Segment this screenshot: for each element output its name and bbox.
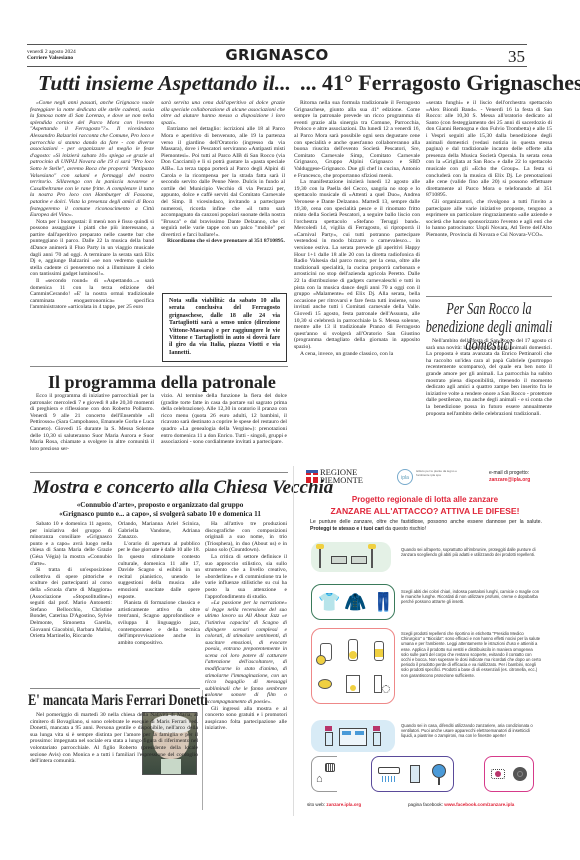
bracelet-icon bbox=[318, 679, 332, 689]
shirt-icon: 👕 bbox=[318, 591, 340, 613]
divider bbox=[426, 296, 552, 297]
house-icon: ⌂ bbox=[316, 773, 323, 785]
mostra-subtitle-line-1: «Connubio d'arte», proposto e organizzat… bbox=[30, 501, 290, 510]
obituary-headline-wrap: E' mancata Maris Ferrari Donetti bbox=[28, 691, 204, 710]
mostra-headline: Mostra e concerto alla Chiesa Vecchia bbox=[33, 476, 333, 500]
paragraph: sarà servita una cena dall'aperitivo al … bbox=[161, 100, 285, 126]
bench-icon bbox=[351, 556, 367, 564]
paragraph: Sabato 10 e domenica 11 agosto, per iniz… bbox=[30, 521, 112, 567]
fan-icon bbox=[432, 764, 446, 778]
nightstand-icon bbox=[373, 732, 381, 746]
facebook-line: pagina facebook: www.facebook.com/zanzar… bbox=[408, 802, 514, 807]
bedroom-illustration bbox=[311, 720, 395, 752]
mostra-subtitle-line-2: «Grignasco punto e... a capo», si svolge… bbox=[30, 510, 290, 519]
ipla-text: istituto per le piante da legno e l'ambi… bbox=[416, 470, 471, 477]
article-column-3: Ritorna nella sua formula tradizionale i… bbox=[294, 100, 420, 357]
tip-clothing-text: Scegli abiti dei colori chiari, indossa … bbox=[401, 589, 541, 605]
park-bench-illustration bbox=[311, 542, 391, 572]
programma-column-1: Ecco il programma di iniziative parrocch… bbox=[30, 393, 154, 452]
paragraph: «serata funghi» e il liscio dell'orchest… bbox=[426, 100, 552, 199]
page-number: 35 bbox=[508, 47, 525, 67]
piemonte-flag-icon bbox=[306, 470, 318, 483]
paragraph: Gli ingressi alla mostra e al concerto s… bbox=[205, 706, 287, 732]
ad-headline-1: Progetto regionale di lotta alle zanzare bbox=[294, 495, 556, 504]
sweater-icon: 🧥 bbox=[344, 591, 366, 613]
divider bbox=[30, 688, 200, 689]
mostra-column-2: Orlando, Marianna Ariel Scinica, Gabriel… bbox=[118, 521, 200, 646]
divider bbox=[30, 472, 288, 473]
divider bbox=[30, 366, 288, 367]
section-title: GRIGNASCO bbox=[27, 46, 527, 64]
ad-intro-bold: Proteggi te stesso e i tuoi cari bbox=[310, 526, 384, 532]
booking-note: Ricordiamo che si deve prenotare al 351 … bbox=[161, 238, 285, 245]
ad-intro: Le punture delle zanzare, oltre che fast… bbox=[310, 519, 542, 532]
article-column-4: «serata funghi» e il liscio dell'orchest… bbox=[426, 100, 552, 238]
lamp-icon bbox=[319, 546, 321, 568]
window-screen-icon bbox=[325, 763, 335, 772]
article-column-1: «Come negli anni passati, anche Grignasc… bbox=[30, 100, 154, 311]
paragraph: La critica di settore definisce il suo a… bbox=[205, 554, 287, 600]
paragraph: Orlando, Marianna Ariel Scinica, Gabriel… bbox=[118, 521, 200, 541]
email-label: e-mail di progetto: bbox=[489, 470, 530, 477]
email-link[interactable]: zanzare@ipla.org bbox=[489, 477, 530, 484]
portable-cooler-icon bbox=[410, 765, 420, 783]
mostra-column-3: Ha all'attivo tre produzioni discografic… bbox=[205, 521, 287, 732]
essential-oil-icon bbox=[374, 675, 382, 693]
email-block: e-mail di progetto: zanzare@ipla.org bbox=[489, 470, 530, 484]
ad-intro-text: Le punture delle zanzare, oltre che fast… bbox=[310, 519, 542, 525]
tip-indoor-text: Quando sei in casa, difenditi utilizzand… bbox=[401, 723, 541, 739]
diffusers-illustration bbox=[484, 756, 534, 792]
lamp-icon bbox=[371, 546, 373, 568]
programma-headline: Il programma della patronale bbox=[48, 371, 276, 393]
paragraph: vizio. Al termine della funzione la fier… bbox=[161, 393, 287, 446]
tip-repellent-text: Scegli prodotti repellenti che riportino… bbox=[401, 631, 541, 678]
paragraph: Nell'ambito della festa di San Rocco del… bbox=[426, 338, 552, 417]
san-rocco-body: Nell'ambito della festa di San Rocco del… bbox=[426, 338, 552, 417]
obituary-headline: E' mancata Maris Ferrari Donetti bbox=[28, 691, 169, 710]
trousers-icon: 👖 bbox=[372, 591, 394, 613]
mostra-column-1: Sabato 10 e domenica 11 agosto, per iniz… bbox=[30, 521, 112, 640]
repellent-illustration bbox=[311, 628, 395, 704]
paragraph: «La passione per la narrazione» si legge… bbox=[205, 600, 287, 706]
ad-intro-end: da questo rischio! bbox=[385, 526, 426, 532]
facebook-label: pagina facebook: bbox=[408, 802, 443, 807]
website-label: sito web: bbox=[307, 802, 325, 807]
bench-icon bbox=[331, 556, 347, 564]
mosquito-ad: REGIONE PIEMONTE ipla istituto per le pi… bbox=[293, 466, 555, 816]
facebook-link[interactable]: www.facebook.com/zanzare.ipla bbox=[444, 802, 514, 807]
headline-right: ... 41° Ferragosto Grignaschese bbox=[300, 70, 580, 96]
paragraph: «Come negli anni passati, anche Grignasc… bbox=[30, 100, 154, 219]
appliances-illustration bbox=[371, 756, 454, 792]
paragraph: Si tratta di un'esposizione collettiva d… bbox=[30, 567, 112, 640]
paragraph: Pianista di formazione classica e artist… bbox=[118, 600, 200, 646]
article-column-2: sarà servita una cena dall'aperitivo al … bbox=[161, 100, 285, 245]
piemonte-text: PIEMONTE bbox=[320, 476, 363, 484]
paragraph: Nel pomeriggio di martedì 30 nella chies… bbox=[30, 712, 198, 765]
paragraph: La manifestazione inizierà lunedì 12 ago… bbox=[294, 179, 420, 350]
mostra-subtitle: «Connubio d'arte», proposto e organizzat… bbox=[30, 501, 290, 519]
obituary-body: Nel pomeriggio di martedì 30 nella chies… bbox=[30, 712, 198, 765]
paragraph: A cena, invece, un grande classico, con … bbox=[294, 351, 420, 358]
paragraph: Ha all'attivo tre produzioni discografic… bbox=[205, 521, 287, 554]
traffic-notice-box: Nota sulla viabilità: da sabato 10 alla … bbox=[162, 293, 287, 362]
tip-outdoor-text: Quando sei all'aperto, soprattutto all'i… bbox=[401, 547, 541, 557]
headline-left: Tutti insieme Aspettando il... bbox=[38, 70, 291, 96]
clothing-illustration: 👕 🧥 👖 bbox=[311, 584, 395, 620]
website-line: sito web: zanzare.ipla.org bbox=[307, 802, 361, 807]
air-conditioner-icon bbox=[378, 767, 400, 774]
ad-headline-2: ZANZARE ALL'ATTACCO? ATTIVA LE DIFESE! bbox=[294, 506, 556, 516]
nightstand-icon bbox=[325, 732, 333, 746]
paragraph: Nota per i buongustai: il menù non è fis… bbox=[30, 219, 154, 278]
paragraph: Ecco il programma di iniziative parrocch… bbox=[30, 393, 154, 452]
traffic-notice-text: Nota sulla viabilità: da sabato 10 alla … bbox=[169, 298, 280, 356]
programma-column-2: vizio. Al termine della funzione la fier… bbox=[161, 393, 287, 446]
house-screen-illustration: ⌂ bbox=[311, 756, 337, 792]
paragraph: Entriamo nel dettaglio: iscrizioni alle … bbox=[161, 126, 285, 238]
ipla-logo: ipla bbox=[397, 469, 413, 485]
regione-piemonte-logo: REGIONE PIEMONTE bbox=[320, 468, 363, 484]
website-link[interactable]: zanzare.ipla.org bbox=[326, 802, 361, 807]
paragraph: Il «secondo round» di «Aspettando...» sa… bbox=[30, 278, 154, 311]
paragraph: L'orario di apertura al pubblico per le … bbox=[118, 541, 200, 600]
masthead: venerdì 2 agosto 2024 Corriere Valsesian… bbox=[27, 44, 527, 67]
paragraph: Gli organizzatori, che rivolgono a tutti… bbox=[426, 199, 552, 239]
paragraph: Ritorna nella sua formula tradizionale i… bbox=[294, 100, 420, 179]
